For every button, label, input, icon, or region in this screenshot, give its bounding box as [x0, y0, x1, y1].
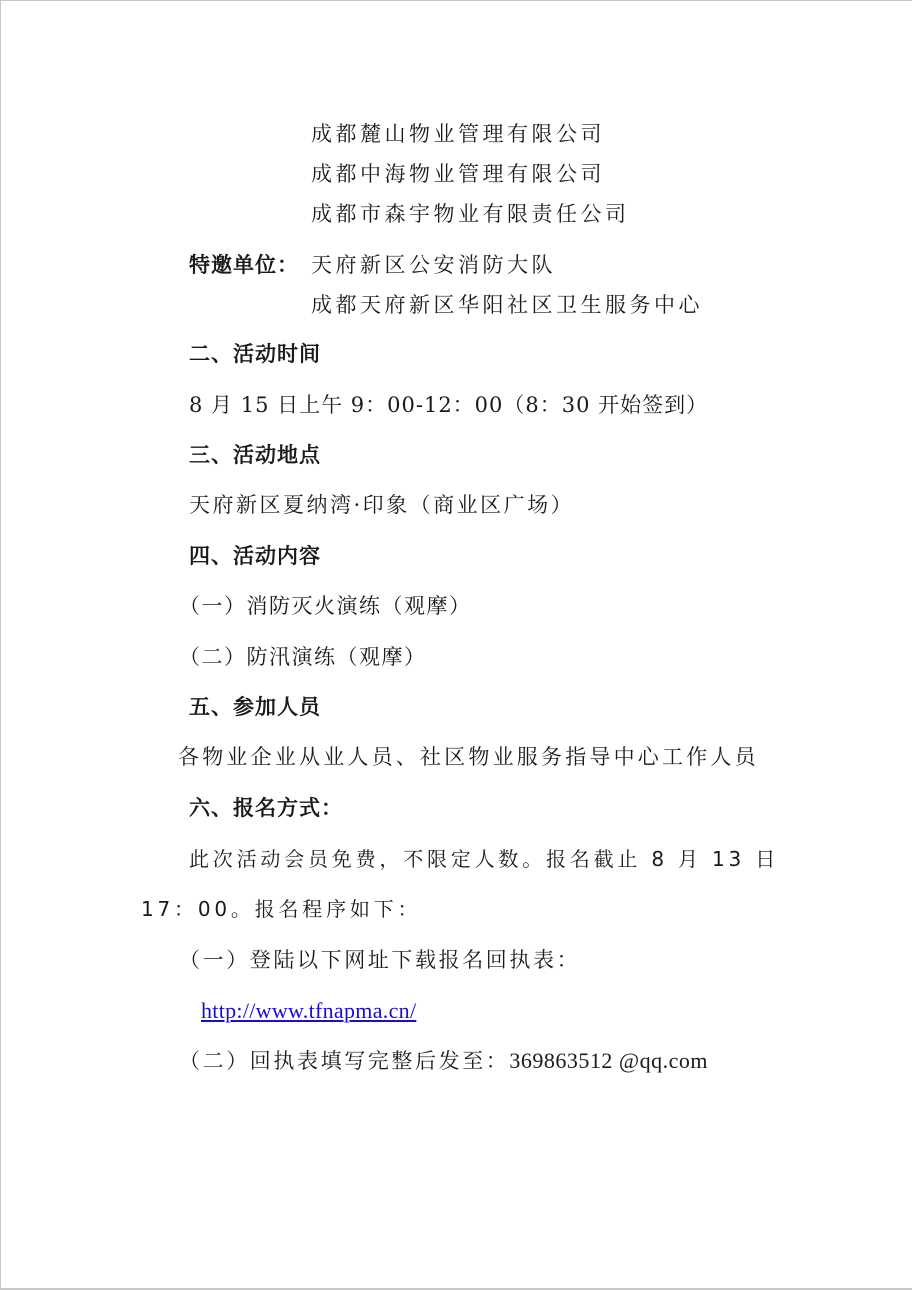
section-4-item-2: （二）防汛演练（观摩）: [179, 643, 427, 671]
organizer-1: 成都麓山物业管理有限公司: [311, 120, 605, 148]
section-4-item-1: （一）消防灭火演练（观摩）: [179, 592, 472, 620]
section-2-body: 8 月 15 日上午 9：00-12：00（8：30 开始签到）: [189, 391, 708, 419]
section-2-heading: 二、活动时间: [189, 340, 321, 368]
section-6-heading: 六、报名方式：: [189, 794, 343, 822]
section-5-heading: 五、参加人员: [189, 693, 321, 721]
section-4-heading: 四、活动内容: [189, 542, 321, 570]
special-invite-unit-2: 成都天府新区华阳社区卫生服务中心: [311, 291, 703, 319]
section-3-body: 天府新区夏纳湾·印象（商业区广场）: [189, 491, 574, 519]
special-invite-unit-1: 天府新区公安消防大队: [311, 251, 556, 279]
section-6-step-2: （二）回执表填写完整后发至：369863512 @qq.com: [179, 1047, 708, 1075]
submission-email: 369863512 @qq.com: [509, 1048, 708, 1073]
section-5-body: 各物业企业从业人员、社区物业服务指导中心工作人员: [178, 743, 759, 771]
special-invite-label: 特邀单位：: [189, 251, 299, 279]
section-6-paragraph-line-2: 17：00。报名程序如下：: [141, 895, 421, 923]
document-page: 成都麓山物业管理有限公司 成都中海物业管理有限公司 成都市森宇物业有限责任公司 …: [0, 0, 912, 1290]
registration-link[interactable]: http://www.tfnapma.cn/: [201, 998, 416, 1023]
section-3-heading: 三、活动地点: [189, 441, 321, 469]
registration-link-line: http://www.tfnapma.cn/: [201, 997, 416, 1025]
section-6-step-2-text: （二）回执表填写完整后发至：: [179, 1049, 509, 1073]
section-6-step-1: （一）登陆以下网址下载报名回执表：: [179, 946, 580, 974]
organizer-3: 成都市森宇物业有限责任公司: [311, 200, 630, 228]
section-6-paragraph-line-1: 此次活动会员免费，不限定人数。报名截止 8 月 13 日: [189, 845, 779, 873]
organizer-2: 成都中海物业管理有限公司: [311, 160, 605, 188]
